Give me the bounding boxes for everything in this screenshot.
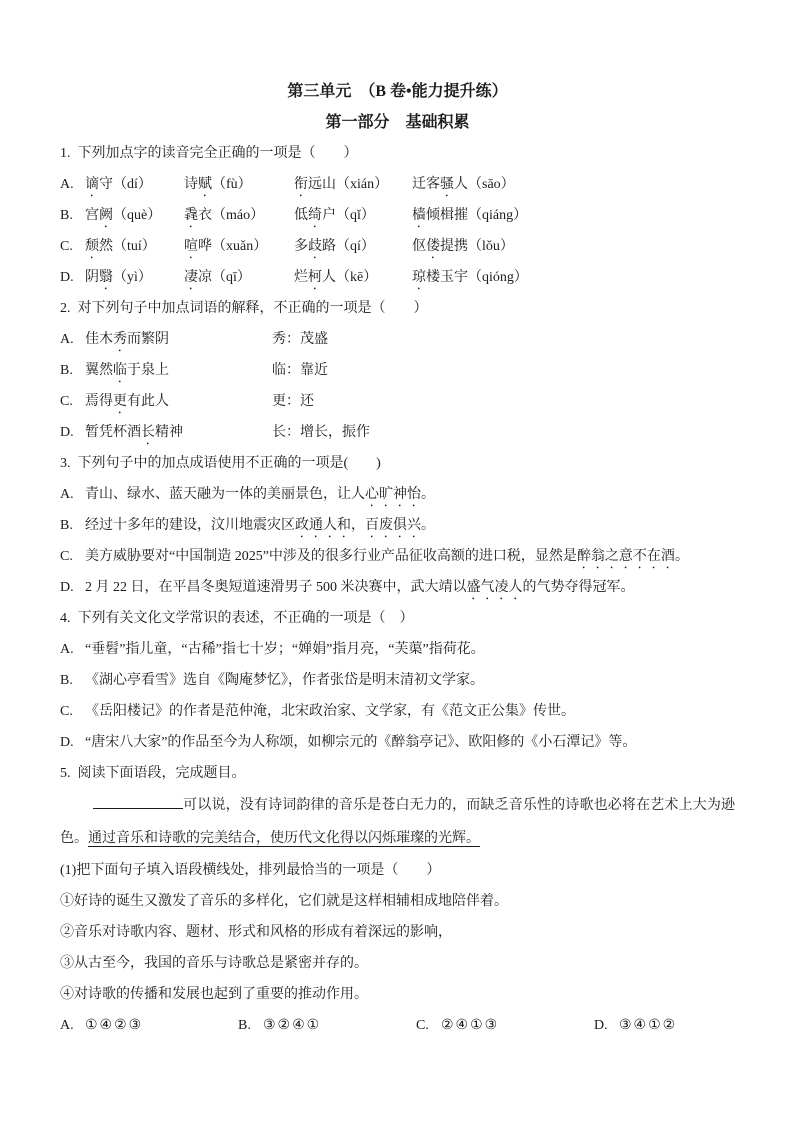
dotted-term: 政通人和 bbox=[295, 518, 351, 533]
option-text: “垂髫”指儿童，“古稀”指七十岁；“婵娟”指月亮，“芙蕖”指荷花。 bbox=[85, 634, 735, 665]
dotted-term: 颓 bbox=[85, 239, 99, 254]
answer-sequence: ②④①③ bbox=[441, 1010, 499, 1041]
dotted-term: 毳 bbox=[184, 208, 198, 223]
option-letter: C. bbox=[60, 231, 85, 262]
text-run: “唐宋八大家”的作品至今为人称颂，如柳宗元的《醉翁亭记》、欧阳修的《小石潭记》等… bbox=[85, 735, 636, 750]
text-run: 暂凭杯酒 bbox=[85, 425, 141, 440]
dotted-term: 谪 bbox=[85, 177, 99, 192]
option-row: D.2 月 22 日，在平昌冬奥短道速滑男子 500 米决赛中，武大靖以盛气凌人… bbox=[60, 572, 735, 603]
dotted-term: 歧 bbox=[308, 239, 322, 254]
text-run: 衣（máo） bbox=[198, 208, 264, 223]
text-run: 美方威胁要对“中国制造 2025”中涉及的很多行业产品征收高额的进口税，显然是 bbox=[85, 549, 577, 564]
text-run: 迁客 bbox=[412, 177, 440, 192]
question-1: 1. 下列加点字的读音完全正确的一项是（ ） A.谪守（dí）诗赋（fù）衔远山… bbox=[60, 138, 735, 293]
text-run: 户（qǐ） bbox=[322, 208, 375, 223]
ordering-sentence: ③从古至今，我国的音乐与诗歌总是紧密并存的。 bbox=[60, 948, 735, 979]
text-run: 人（sāo） bbox=[454, 177, 515, 192]
exam-title: 第三单元 （B 卷•能力提升练） bbox=[60, 76, 735, 107]
ordering-sentences: ①好诗的诞生又激发了音乐的多样化，它们就是这样相辅相成地陪伴着。②音乐对诗歌内容… bbox=[60, 886, 735, 1010]
option-text: 经过十多年的建设，汶川地震灾区政通人和，百废俱兴。 bbox=[85, 510, 735, 541]
q2-options: A.佳木秀而繁阴秀：茂盛B.翼然临于泉上临：靠近C.焉得更有此人更：还D.暂凭杯… bbox=[60, 324, 735, 448]
fill-in-blank bbox=[93, 795, 183, 809]
dotted-term: 心旷神怡 bbox=[365, 487, 421, 502]
option-letter: B. bbox=[238, 1010, 263, 1041]
text-run: 远山（xián） bbox=[308, 177, 388, 192]
dotted-term: 秀 bbox=[113, 332, 127, 347]
option-row: D.“唐宋八大家”的作品至今为人称颂，如柳宗元的《醉翁亭记》、欧阳修的《小石潭记… bbox=[60, 727, 735, 758]
question-5: 5. 阅读下面语段，完成题目。 可以说，没有诗词韵律的音乐是苍白无力的，而缺乏音… bbox=[60, 758, 735, 1041]
text-run: 《湖心亭看雪》选自《陶庵梦忆》，作者张岱是明末清初文学家。 bbox=[85, 673, 484, 688]
ordering-sentence: ②音乐对诗歌内容、题材、形式和风格的形成有着深远的影响， bbox=[60, 917, 735, 948]
option-letter: B. bbox=[60, 665, 85, 696]
text-run: 的气势夺得冠军。 bbox=[523, 580, 635, 595]
dotted-term: 衔 bbox=[294, 177, 308, 192]
q1-stem: 1. 下列加点字的读音完全正确的一项是（ ） bbox=[60, 138, 735, 169]
dotted-term: 凄 bbox=[184, 270, 198, 285]
passage: 可以说，没有诗词韵律的音乐是苍白无力的，而缺乏音乐性的诗歌也必将在艺术上大为逊色… bbox=[60, 789, 735, 855]
question-4: 4. 下列有关文化文学常识的表述，不正确的一项是（ ） A.“垂髫”指儿童，“古… bbox=[60, 603, 735, 758]
text-run: 。 bbox=[421, 487, 435, 502]
answer-sequence: ①④②③ bbox=[85, 1010, 143, 1041]
option-row: C.焉得更有此人更：还 bbox=[60, 386, 735, 417]
dotted-term: 绮 bbox=[308, 208, 322, 223]
option-cell: 迁客骚人（sāo） bbox=[412, 169, 735, 200]
option-letter: A. bbox=[60, 1010, 85, 1041]
exam-page: 第三单元 （B 卷•能力提升练） 第一部分 基础积累 1. 下列加点字的读音完全… bbox=[0, 0, 793, 1122]
option-letter: D. bbox=[60, 417, 85, 448]
text-run: 。 bbox=[675, 549, 689, 564]
dotted-term: 翳 bbox=[99, 270, 113, 285]
answer-sequence: ③②④① bbox=[263, 1010, 321, 1041]
question-3: 3. 下列句子中的加点成语使用不正确的一项是( ) A.青山、绿水、蓝天融为一体… bbox=[60, 448, 735, 603]
dotted-term: 更 bbox=[113, 394, 127, 409]
text-run: 翼然 bbox=[85, 363, 113, 378]
option-cell: 喧哗（xuǎn） bbox=[184, 231, 294, 262]
option-letter: B. bbox=[60, 200, 85, 231]
option-cell: 低绮户（qǐ） bbox=[294, 200, 412, 231]
answer-sequence: ③④①② bbox=[619, 1010, 677, 1041]
text-run: 而繁阴 bbox=[127, 332, 169, 347]
option-cell: 伛偻提携（lǒu） bbox=[412, 231, 735, 262]
option-cell: 佳木秀而繁阴 bbox=[85, 324, 272, 355]
q2-stem: 2. 对下列句子中加点词语的解释，不正确的一项是（ ） bbox=[60, 293, 735, 324]
option-row: C.颓然（tuí）喧哗（xuǎn）多歧路（qí）伛偻提携（lǒu） bbox=[60, 231, 735, 262]
option-cell: 宫阙（què） bbox=[85, 200, 184, 231]
q3-stem: 3. 下列句子中的加点成语使用不正确的一项是( ) bbox=[60, 448, 735, 479]
text-run: 焉得 bbox=[85, 394, 113, 409]
text-run: 精神 bbox=[155, 425, 183, 440]
option-letter: B. bbox=[60, 355, 85, 386]
text-run: 然（tuí） bbox=[99, 239, 156, 254]
text-run: ， bbox=[351, 518, 365, 533]
option-row: C.《岳阳楼记》的作者是范仲淹，北宋政治家、文学家，有《范文正公集》传世。 bbox=[60, 696, 735, 727]
text-run: 于泉上 bbox=[127, 363, 169, 378]
dotted-term: 柯 bbox=[308, 270, 322, 285]
underlined-sentence: 通过音乐和诗歌的完美结合，使历代文化得以闪烁璀璨的光辉。 bbox=[88, 831, 480, 846]
option-cell: 阴翳（yì） bbox=[85, 262, 184, 293]
option-cell: 毳衣（máo） bbox=[184, 200, 294, 231]
option-row: A.青山、绿水、蓝天融为一体的美丽景色，让人心旷神怡。 bbox=[60, 479, 735, 510]
option-text: 《湖心亭看雪》选自《陶庵梦忆》，作者张岱是明末清初文学家。 bbox=[85, 665, 735, 696]
option-text: 《岳阳楼记》的作者是范仲淹，北宋政治家、文学家，有《范文正公集》传世。 bbox=[85, 696, 735, 727]
option-cell: 颓然（tuí） bbox=[85, 231, 184, 262]
option-text: “唐宋八大家”的作品至今为人称颂，如柳宗元的《醉翁亭记》、欧阳修的《小石潭记》等… bbox=[85, 727, 735, 758]
dotted-term: 醉翁之意不在酒 bbox=[577, 549, 675, 564]
option-cell: 诗赋（fù） bbox=[184, 169, 294, 200]
q5-sub-question: (1)把下面句子填入语段横线处，排列最恰当的一项是（ ） bbox=[60, 855, 735, 886]
dotted-term: 临 bbox=[113, 363, 127, 378]
option-row: B.翼然临于泉上临：靠近 bbox=[60, 355, 735, 386]
option-letter: B. bbox=[60, 510, 85, 541]
option-cell: 焉得更有此人 bbox=[85, 386, 272, 417]
text-run: 佳木 bbox=[85, 332, 113, 347]
dotted-term: 赋 bbox=[198, 177, 212, 192]
dotted-term: 阙 bbox=[99, 208, 113, 223]
option-cell: 秀：茂盛 bbox=[272, 324, 735, 355]
option-row: A.谪守（dí）诗赋（fù）衔远山（xián）迁客骚人（sāo） bbox=[60, 169, 735, 200]
part-heading: 第一部分 基础积累 bbox=[60, 107, 735, 138]
text-run: 伛 bbox=[412, 239, 426, 254]
text-run: （yì） bbox=[113, 270, 152, 285]
dotted-term: 喧 bbox=[184, 239, 198, 254]
option-letter: C. bbox=[60, 696, 85, 727]
text-run: 倾楫摧（qiáng） bbox=[426, 208, 527, 223]
text-run: 诗 bbox=[184, 177, 198, 192]
dotted-term: 琼 bbox=[412, 270, 426, 285]
text-run: 有此人 bbox=[127, 394, 169, 409]
option-cell: 衔远山（xián） bbox=[294, 169, 412, 200]
text-run: 宫 bbox=[85, 208, 99, 223]
text-run: （què） bbox=[113, 208, 161, 223]
text-run: 哗（xuǎn） bbox=[198, 239, 267, 254]
option-text: 青山、绿水、蓝天融为一体的美丽景色，让人心旷神怡。 bbox=[85, 479, 735, 510]
option-letter: D. bbox=[60, 262, 85, 293]
option-row: B.经过十多年的建设，汶川地震灾区政通人和，百废俱兴。 bbox=[60, 510, 735, 541]
text-run: 路（qí） bbox=[322, 239, 375, 254]
ordering-sentence: ①好诗的诞生又激发了音乐的多样化，它们就是这样相辅相成地陪伴着。 bbox=[60, 886, 735, 917]
option-text: 2 月 22 日，在平昌冬奥短道速滑男子 500 米决赛中，武大靖以盛气凌人的气… bbox=[85, 572, 735, 603]
dotted-term: 偻 bbox=[426, 239, 440, 254]
text-run: 多 bbox=[294, 239, 308, 254]
option-row: A.佳木秀而繁阴秀：茂盛 bbox=[60, 324, 735, 355]
option-cell: 樯倾楫摧（qiáng） bbox=[412, 200, 735, 231]
option-cell: 琼楼玉宇（qióng） bbox=[412, 262, 735, 293]
dotted-term: 樯 bbox=[412, 208, 426, 223]
option-row: B.《湖心亭看雪》选自《陶庵梦忆》，作者张岱是明末清初文学家。 bbox=[60, 665, 735, 696]
text-run: 提携（lǒu） bbox=[440, 239, 514, 254]
q5-answer-choices: A.①④②③B.③②④①C.②④①③D.③④①② bbox=[60, 1010, 735, 1041]
option-letter: A. bbox=[60, 479, 85, 510]
option-cell: 长：增长，振作 bbox=[272, 417, 735, 448]
option-letter: D. bbox=[60, 572, 85, 603]
dotted-term: 长 bbox=[141, 425, 155, 440]
option-row: C.美方威胁要对“中国制造 2025”中涉及的很多行业产品征收高额的进口税，显然… bbox=[60, 541, 735, 572]
text-run: 阴 bbox=[85, 270, 99, 285]
option-cell: 多歧路（qí） bbox=[294, 231, 412, 262]
q4-stem: 4. 下列有关文化文学常识的表述，不正确的一项是（ ） bbox=[60, 603, 735, 634]
text-run: 凉（qī） bbox=[198, 270, 251, 285]
q3-options: A.青山、绿水、蓝天融为一体的美丽景色，让人心旷神怡。B.经过十多年的建设，汶川… bbox=[60, 479, 735, 603]
text-run: 长：增长，振作 bbox=[272, 425, 370, 440]
option-cell: 谪守（dí） bbox=[85, 169, 184, 200]
text-run: 人（kē） bbox=[322, 270, 377, 285]
text-run: 青山、绿水、蓝天融为一体的美丽景色，让人 bbox=[85, 487, 365, 502]
text-run: “垂髫”指儿童，“古稀”指七十岁；“婵娟”指月亮，“芙蕖”指荷花。 bbox=[85, 642, 485, 657]
text-run: 临：靠近 bbox=[272, 363, 328, 378]
text-run: 低 bbox=[294, 208, 308, 223]
dotted-term: 盛气凌人 bbox=[467, 580, 523, 595]
text-run: 经过十多年的建设，汶川地震灾区 bbox=[85, 518, 295, 533]
option-cell: 凄凉（qī） bbox=[184, 262, 294, 293]
option-letter: D. bbox=[60, 727, 85, 758]
option-cell: 临：靠近 bbox=[272, 355, 735, 386]
text-run: 2 月 22 日，在平昌冬奥短道速滑男子 500 米决赛中，武大靖以 bbox=[85, 580, 467, 595]
text-run: 秀：茂盛 bbox=[272, 332, 328, 347]
q4-options: A.“垂髫”指儿童，“古稀”指七十岁；“婵娟”指月亮，“芙蕖”指荷花。B.《湖心… bbox=[60, 634, 735, 758]
answer-choice: B.③②④① bbox=[238, 1010, 416, 1041]
text-run: 守（dí） bbox=[99, 177, 152, 192]
option-cell: 暂凭杯酒长精神 bbox=[85, 417, 272, 448]
answer-choice: A.①④②③ bbox=[60, 1010, 238, 1041]
option-row: A.“垂髫”指儿童，“古稀”指七十岁；“婵娟”指月亮，“芙蕖”指荷花。 bbox=[60, 634, 735, 665]
option-letter: D. bbox=[594, 1010, 619, 1041]
option-letter: C. bbox=[60, 541, 85, 572]
option-cell: 烂柯人（kē） bbox=[294, 262, 412, 293]
text-run: 烂 bbox=[294, 270, 308, 285]
ordering-sentence: ④对诗歌的传播和发展也起到了重要的推动作用。 bbox=[60, 979, 735, 1010]
option-text: 美方威胁要对“中国制造 2025”中涉及的很多行业产品征收高额的进口税，显然是醉… bbox=[85, 541, 735, 572]
option-row: D.阴翳（yì）凄凉（qī）烂柯人（kē）琼楼玉宇（qióng） bbox=[60, 262, 735, 293]
text-run: 楼玉宇（qióng） bbox=[426, 270, 528, 285]
option-letter: C. bbox=[60, 386, 85, 417]
question-2: 2. 对下列句子中加点词语的解释，不正确的一项是（ ） A.佳木秀而繁阴秀：茂盛… bbox=[60, 293, 735, 448]
option-cell: 更：还 bbox=[272, 386, 735, 417]
answer-choice: C.②④①③ bbox=[416, 1010, 594, 1041]
option-row: B.宫阙（què）毳衣（máo）低绮户（qǐ）樯倾楫摧（qiáng） bbox=[60, 200, 735, 231]
answer-choice: D.③④①② bbox=[594, 1010, 735, 1041]
q1-options: A.谪守（dí）诗赋（fù）衔远山（xián）迁客骚人（sāo）B.宫阙（què… bbox=[60, 169, 735, 293]
dotted-term: 百废俱兴 bbox=[365, 518, 421, 533]
option-cell: 翼然临于泉上 bbox=[85, 355, 272, 386]
option-row: D.暂凭杯酒长精神长：增长，振作 bbox=[60, 417, 735, 448]
option-letter: C. bbox=[416, 1010, 441, 1041]
q5-stem: 5. 阅读下面语段，完成题目。 bbox=[60, 758, 735, 789]
option-letter: A. bbox=[60, 634, 85, 665]
text-run: 更：还 bbox=[272, 394, 314, 409]
option-letter: A. bbox=[60, 169, 85, 200]
option-letter: A. bbox=[60, 324, 85, 355]
text-run: （fù） bbox=[212, 177, 252, 192]
text-run: 。 bbox=[421, 518, 435, 533]
text-run: 《岳阳楼记》的作者是范仲淹，北宋政治家、文学家，有《范文正公集》传世。 bbox=[85, 704, 575, 719]
dotted-term: 骚 bbox=[440, 177, 454, 192]
